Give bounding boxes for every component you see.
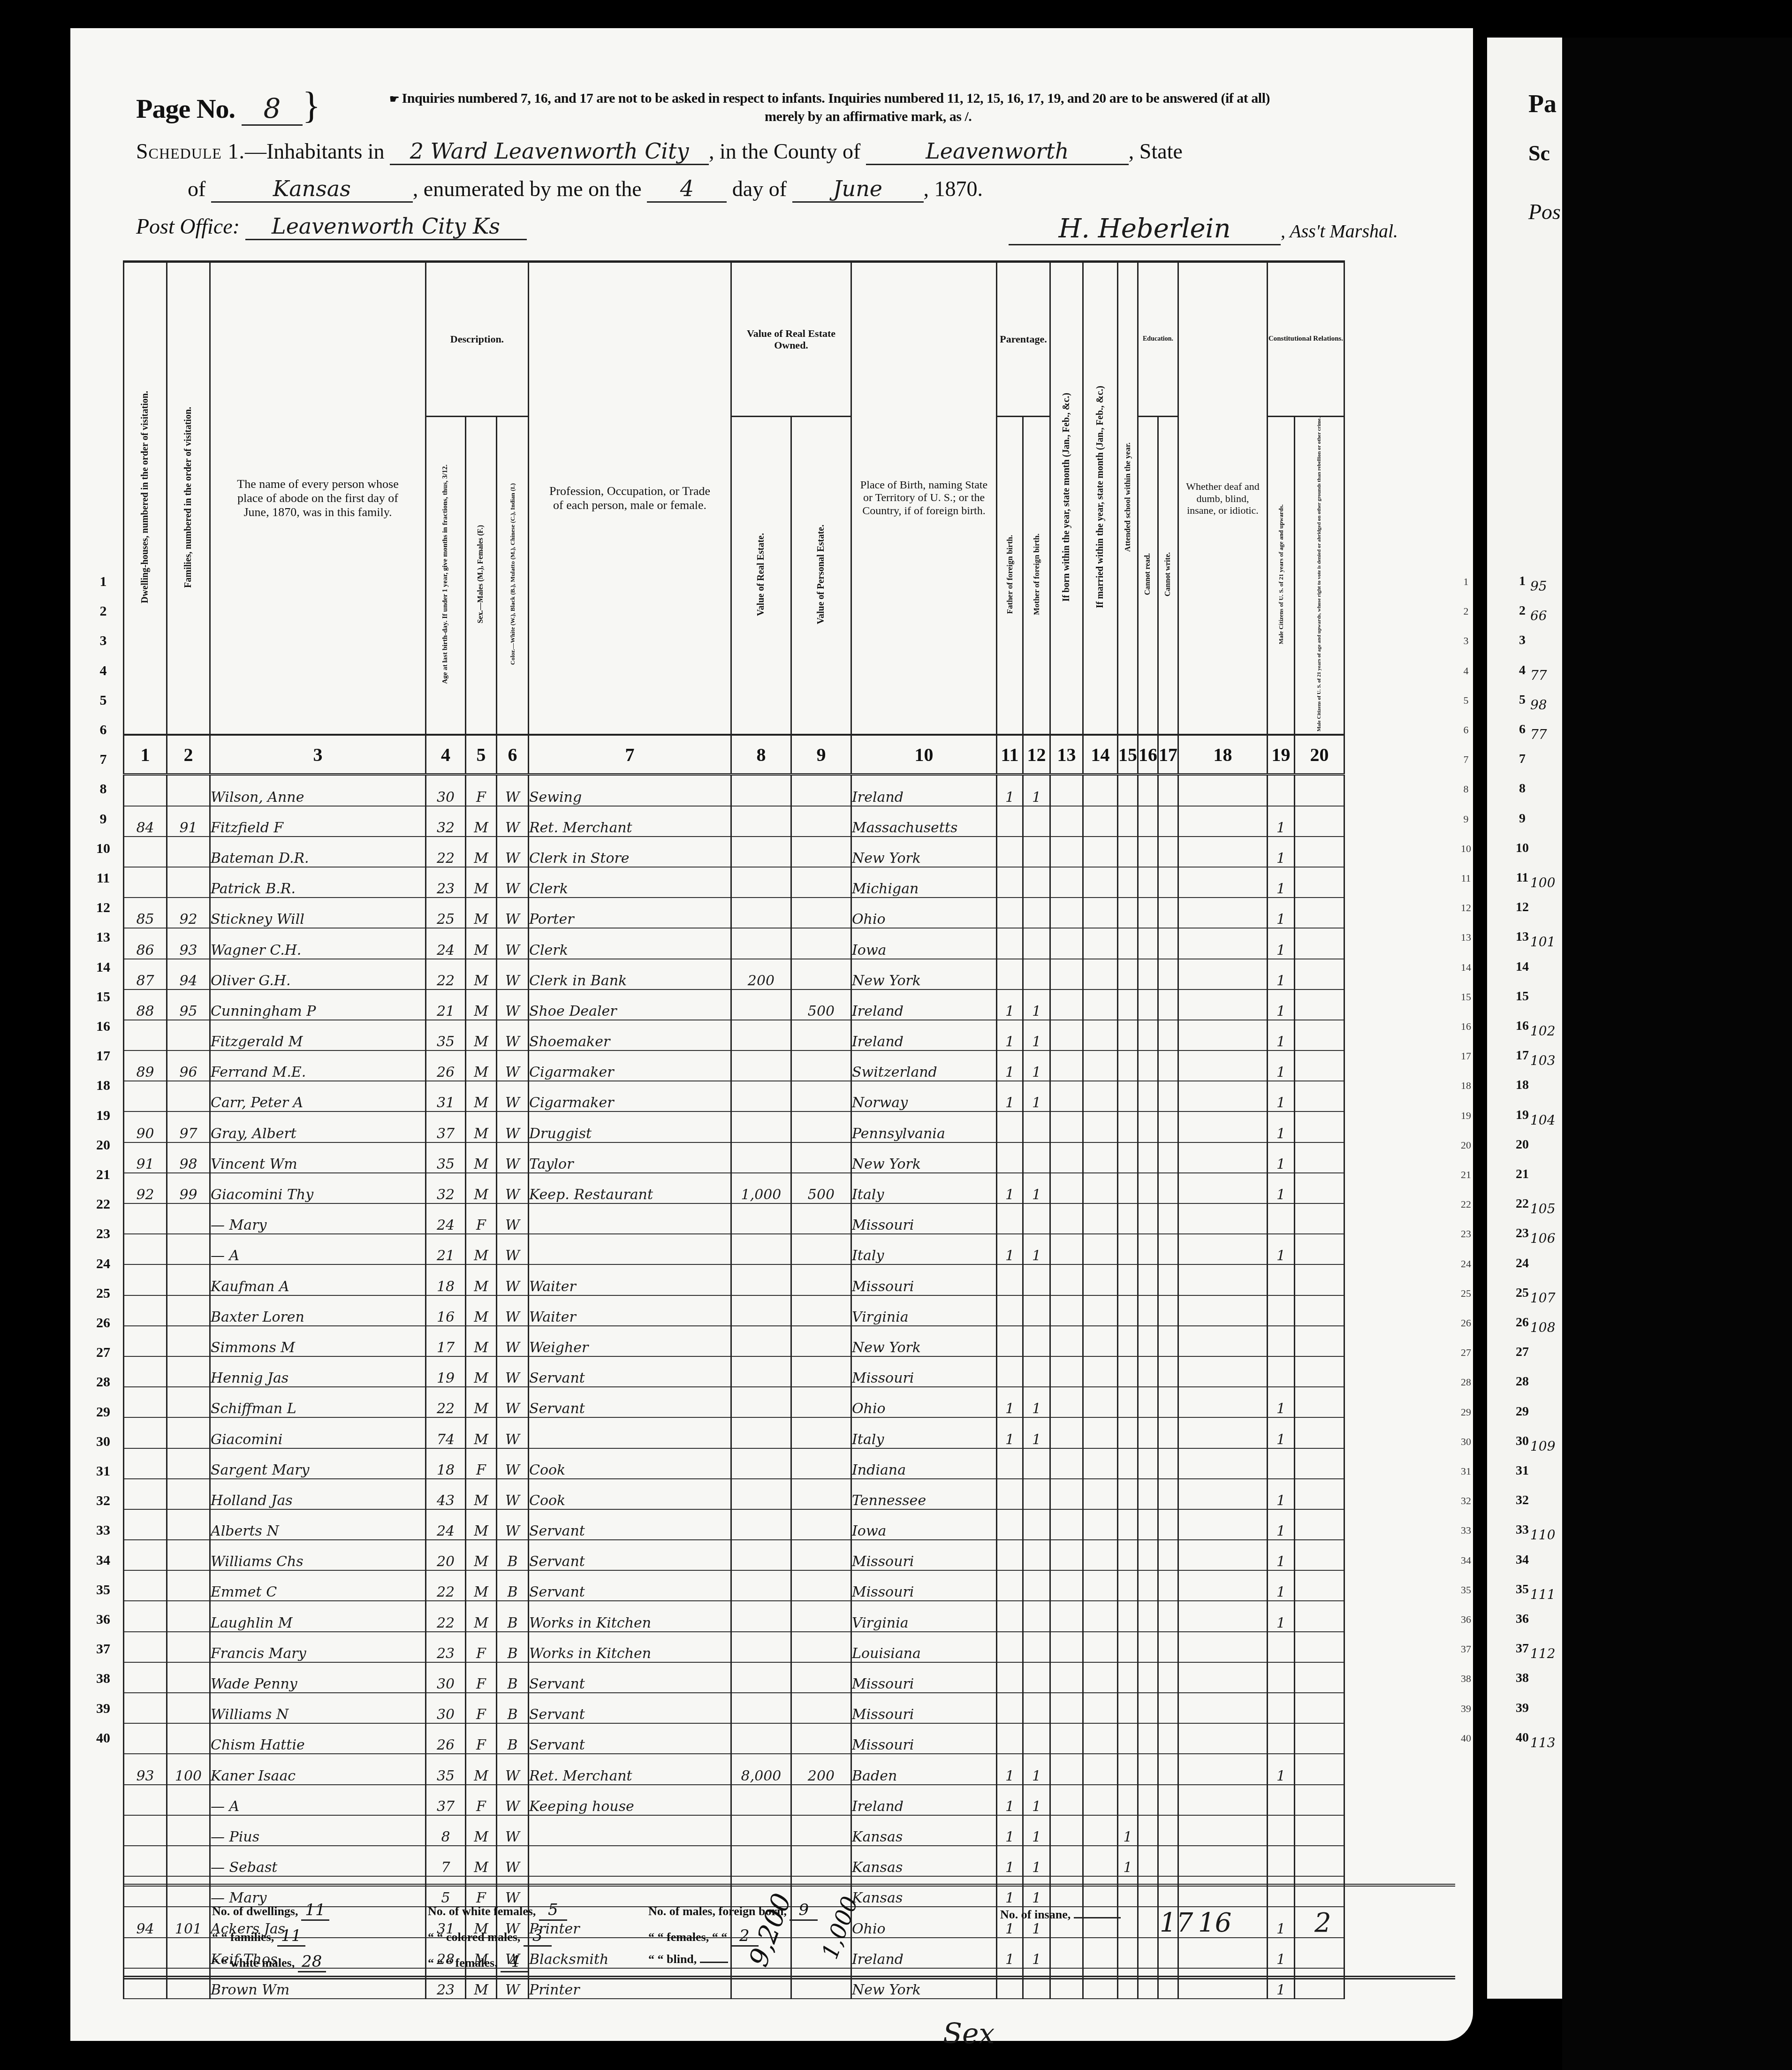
father-foreign — [997, 1632, 1023, 1662]
occupation — [529, 1417, 731, 1448]
adjacent-line-number: 21 — [1513, 1167, 1532, 1182]
person-name: Williams N — [210, 1693, 426, 1723]
dwelling-number — [124, 1295, 167, 1326]
summary-blind: “ “ blind, — [648, 1952, 728, 1966]
mother-foreign: 1 — [1023, 1050, 1050, 1081]
married-month — [1083, 867, 1118, 898]
table-row: 9198Vincent Wm35MWTaylorNew York1 — [124, 1142, 1344, 1173]
line-number-right: 4 — [1457, 665, 1475, 677]
birthplace: Tennessee — [851, 1479, 997, 1509]
adjacent-dwelling-number: 100 — [1530, 875, 1555, 890]
cannot-write — [1158, 1142, 1178, 1173]
occupation: Cook — [529, 1479, 731, 1509]
adjacent-dwelling-number: 77 — [1530, 727, 1547, 742]
family-number — [167, 1356, 210, 1387]
dwelling-number — [124, 1234, 167, 1264]
sex: M — [466, 837, 497, 867]
married-month — [1083, 1234, 1118, 1264]
state-line: of Kansas, enumerated by me on the 4 day… — [188, 176, 983, 203]
personal-estate-value — [791, 928, 851, 959]
dwelling-number — [124, 1081, 167, 1111]
cannot-read — [1138, 1570, 1158, 1601]
mother-foreign — [1023, 1448, 1050, 1479]
age: 32 — [426, 1173, 466, 1203]
line-number-right: 3 — [1457, 635, 1475, 647]
adjacent-dwelling-number: 77 — [1530, 668, 1547, 683]
dwelling-number — [124, 1020, 167, 1050]
family-number: 97 — [167, 1111, 210, 1142]
cannot-write — [1158, 1387, 1178, 1417]
cannot-read — [1138, 1662, 1158, 1693]
col-header-real-estate: Value of Real Estate. — [731, 417, 791, 735]
family-number — [167, 1785, 210, 1815]
vote-denied — [1295, 1356, 1344, 1387]
cannot-write — [1158, 1295, 1178, 1326]
birthplace: Missouri — [851, 1693, 997, 1723]
cannot-read — [1138, 1173, 1158, 1203]
adjacent-line-number: 29 — [1513, 1404, 1532, 1419]
male-citizen — [1268, 1264, 1295, 1295]
personal-estate-value: 500 — [791, 1173, 851, 1203]
cannot-read — [1138, 1387, 1158, 1417]
male-citizen: 1 — [1268, 837, 1295, 867]
cannot-write — [1158, 1356, 1178, 1387]
deaf-blind — [1178, 959, 1268, 989]
real-estate-value: 8,000 — [731, 1754, 791, 1784]
mother-foreign — [1023, 1203, 1050, 1234]
birthplace: Missouri — [851, 1356, 997, 1387]
family-number — [167, 1662, 210, 1693]
deaf-blind — [1178, 775, 1268, 806]
color: W — [497, 1356, 529, 1387]
dwelling-number: 92 — [124, 1173, 167, 1203]
vote-denied — [1295, 1387, 1344, 1417]
adjacent-line-number: 39 — [1513, 1701, 1532, 1716]
table-row: Alberts N24MWServantIowa1 — [124, 1509, 1344, 1540]
married-month — [1083, 898, 1118, 928]
real-estate-value — [731, 928, 791, 959]
attended-school — [1118, 928, 1138, 959]
cannot-read — [1138, 1754, 1158, 1784]
line-number: 3 — [94, 633, 113, 649]
table-row: Williams N30FBServantMissouri — [124, 1693, 1344, 1723]
birthplace: New York — [851, 837, 997, 867]
cannot-write — [1158, 1448, 1178, 1479]
col-header-name: The name of every person whose place of … — [210, 262, 426, 735]
adjacent-line-number: 16 — [1513, 1019, 1532, 1034]
line-number: 24 — [94, 1256, 113, 1272]
line-number-right: 1 — [1457, 576, 1475, 588]
color: W — [497, 1785, 529, 1815]
married-month — [1083, 1479, 1118, 1509]
attended-school — [1118, 1785, 1138, 1815]
male-citizen: 1 — [1268, 806, 1295, 837]
age: 35 — [426, 1020, 466, 1050]
attended-school — [1118, 1479, 1138, 1509]
personal-estate-value: 200 — [791, 1754, 851, 1784]
personal-estate-value — [791, 1111, 851, 1142]
male-citizen: 1 — [1268, 1479, 1295, 1509]
county-field: Leavenworth — [866, 138, 1129, 165]
table-row: Laughlin M22MBWorks in KitchenVirginia1 — [124, 1601, 1344, 1631]
line-number-right: 26 — [1457, 1317, 1475, 1329]
occupation: Servant — [529, 1662, 731, 1693]
married-month — [1083, 1693, 1118, 1723]
dwelling-number — [124, 1540, 167, 1570]
instructions-note: ☛ Inquiries numbered 7, 16, and 17 are n… — [389, 91, 1270, 107]
adjacent-dwelling-number: 105 — [1530, 1201, 1555, 1217]
adjacent-line-number: 25 — [1513, 1286, 1532, 1301]
adjacent-dwelling-number: 107 — [1530, 1290, 1555, 1306]
line-number-right: 23 — [1457, 1228, 1475, 1240]
occupation: Ret. Merchant — [529, 1754, 731, 1784]
line-number: 18 — [94, 1078, 113, 1094]
age: 21 — [426, 989, 466, 1020]
deaf-blind — [1178, 1448, 1268, 1479]
person-name: Wilson, Anne — [210, 775, 426, 806]
color: B — [497, 1601, 529, 1631]
married-month — [1083, 1081, 1118, 1111]
married-month — [1083, 1111, 1118, 1142]
personal-estate-value — [791, 898, 851, 928]
dwelling-number — [124, 1356, 167, 1387]
married-month — [1083, 1662, 1118, 1693]
person-name: — A — [210, 1785, 426, 1815]
cannot-read — [1138, 1509, 1158, 1540]
father-foreign — [997, 837, 1023, 867]
real-estate-value — [731, 1570, 791, 1601]
male-citizen — [1268, 1846, 1295, 1876]
sex: M — [466, 1417, 497, 1448]
deaf-blind — [1178, 1234, 1268, 1264]
mother-foreign — [1023, 806, 1050, 837]
cannot-read — [1138, 1234, 1158, 1264]
vote-denied — [1295, 1754, 1344, 1784]
cannot-write — [1158, 1326, 1178, 1356]
line-number: 15 — [94, 989, 113, 1005]
adjacent-line-number: 23 — [1513, 1226, 1532, 1241]
total-school: 2 — [1314, 1908, 1331, 1938]
color: W — [497, 928, 529, 959]
line-number: 30 — [94, 1434, 113, 1450]
line-number-right: 19 — [1457, 1110, 1475, 1122]
male-citizen: 1 — [1268, 1142, 1295, 1173]
occupation: Clerk in Bank — [529, 959, 731, 989]
line-number-right: 24 — [1457, 1258, 1475, 1270]
born-month — [1050, 1509, 1083, 1540]
group-constitutional: Constitutional Relations. — [1268, 262, 1344, 417]
born-month — [1050, 867, 1083, 898]
cannot-write — [1158, 1264, 1178, 1295]
father-foreign — [997, 1326, 1023, 1356]
table-row: Simmons M17MWWeigherNew York — [124, 1326, 1344, 1356]
born-month — [1050, 1540, 1083, 1570]
sex: M — [466, 1540, 497, 1570]
attended-school — [1118, 1295, 1138, 1326]
dwelling-number — [124, 775, 167, 806]
birthplace: Italy — [851, 1173, 997, 1203]
real-estate-value — [731, 1540, 791, 1570]
real-estate-value — [731, 806, 791, 837]
table-row: 8996Ferrand M.E.26MWCigarmakerSwitzerlan… — [124, 1050, 1344, 1081]
personal-estate-value — [791, 1081, 851, 1111]
cannot-write — [1158, 1050, 1178, 1081]
person-name: — Sebast — [210, 1846, 426, 1876]
occupation — [529, 1815, 731, 1846]
total-mother-foreign: 16 — [1198, 1908, 1231, 1938]
dwelling-number — [124, 1815, 167, 1846]
vote-denied — [1295, 1081, 1344, 1111]
attended-school — [1118, 1509, 1138, 1540]
married-month — [1083, 1295, 1118, 1326]
col-header-personal-estate: Value of Personal Estate. — [791, 417, 851, 735]
sex: M — [466, 1142, 497, 1173]
line-number: 38 — [94, 1671, 113, 1687]
born-month — [1050, 1693, 1083, 1723]
real-estate-value — [731, 1815, 791, 1846]
attended-school — [1118, 1142, 1138, 1173]
age: 37 — [426, 1111, 466, 1142]
occupation: Keep. Restaurant — [529, 1173, 731, 1203]
table-row: 8693Wagner C.H.24MWClerkIowa1 — [124, 928, 1344, 959]
real-estate-value — [731, 989, 791, 1020]
male-citizen — [1268, 1662, 1295, 1693]
cannot-read — [1138, 1846, 1158, 1876]
cannot-read — [1138, 1264, 1158, 1295]
occupation: Taylor — [529, 1142, 731, 1173]
line-number-right: 21 — [1457, 1169, 1475, 1181]
color: W — [497, 1815, 529, 1846]
father-foreign: 1 — [997, 1815, 1023, 1846]
family-number — [167, 1632, 210, 1662]
color: W — [497, 1173, 529, 1203]
vote-denied — [1295, 1785, 1344, 1815]
family-number: 95 — [167, 989, 210, 1020]
age: 22 — [426, 1570, 466, 1601]
month-field: June — [792, 176, 924, 203]
cannot-read — [1138, 1142, 1158, 1173]
real-estate-value — [731, 1846, 791, 1876]
father-foreign — [997, 1203, 1023, 1234]
birthplace: Ohio — [851, 898, 997, 928]
father-foreign — [997, 1111, 1023, 1142]
attended-school — [1118, 1326, 1138, 1356]
father-foreign: 1 — [997, 1020, 1023, 1050]
adjacent-line-number: 4 — [1513, 663, 1532, 678]
age: 43 — [426, 1479, 466, 1509]
mother-foreign — [1023, 1540, 1050, 1570]
line-number: 22 — [94, 1196, 113, 1212]
vote-denied — [1295, 1540, 1344, 1570]
family-number — [167, 1326, 210, 1356]
father-foreign: 1 — [997, 775, 1023, 806]
person-name: — Mary — [210, 1203, 426, 1234]
col-header-cannot-write: Cannot write. — [1158, 417, 1178, 735]
attended-school — [1118, 1601, 1138, 1631]
family-number — [167, 1601, 210, 1631]
color: W — [497, 1754, 529, 1784]
mother-foreign: 1 — [1023, 1417, 1050, 1448]
sex: F — [466, 1693, 497, 1723]
adjacent-dwelling-number: 101 — [1530, 934, 1555, 950]
age: 26 — [426, 1050, 466, 1081]
occupation: Waiter — [529, 1295, 731, 1326]
family-number — [167, 1540, 210, 1570]
birthplace: Ohio — [851, 1387, 997, 1417]
group-parentage: Parentage. — [997, 262, 1050, 417]
family-number: 96 — [167, 1050, 210, 1081]
line-number: 21 — [94, 1167, 113, 1183]
father-foreign: 1 — [997, 1081, 1023, 1111]
adjacent-line-number: 18 — [1513, 1078, 1532, 1093]
deaf-blind — [1178, 1509, 1268, 1540]
personal-estate-value — [791, 837, 851, 867]
deaf-blind — [1178, 1754, 1268, 1784]
occupation: Shoe Dealer — [529, 989, 731, 1020]
family-number — [167, 1387, 210, 1417]
male-citizen — [1268, 1295, 1295, 1326]
real-estate-value — [731, 1632, 791, 1662]
born-month — [1050, 1570, 1083, 1601]
attended-school — [1118, 1050, 1138, 1081]
vote-denied — [1295, 1448, 1344, 1479]
line-number: 35 — [94, 1582, 113, 1598]
color: W — [497, 959, 529, 989]
dwelling-number — [124, 1387, 167, 1417]
adjacent-line-number: 38 — [1513, 1671, 1532, 1686]
color: B — [497, 1632, 529, 1662]
mother-foreign — [1023, 1356, 1050, 1387]
married-month — [1083, 837, 1118, 867]
adjacent-line-number: 6 — [1513, 722, 1532, 737]
born-month — [1050, 989, 1083, 1020]
sex: F — [466, 1723, 497, 1754]
family-number: 98 — [167, 1142, 210, 1173]
married-month — [1083, 1448, 1118, 1479]
person-name: Giacomini Thy — [210, 1173, 426, 1203]
adjacent-dwelling-number: 98 — [1530, 697, 1547, 713]
married-month — [1083, 775, 1118, 806]
adjacent-dwelling-number: 110 — [1530, 1527, 1555, 1543]
table-row: Fitzgerald M35MWShoemakerIreland111 — [124, 1020, 1344, 1050]
line-number-right: 35 — [1457, 1584, 1475, 1596]
dwelling-number: 88 — [124, 989, 167, 1020]
deaf-blind — [1178, 1356, 1268, 1387]
cannot-write — [1158, 959, 1178, 989]
mother-foreign — [1023, 837, 1050, 867]
table-row: Patrick B.R.23MWClerkMichigan1 — [124, 867, 1344, 898]
col-header-deaf: Whether deaf and dumb, blind, insane, or… — [1178, 262, 1268, 735]
male-citizen: 1 — [1268, 1754, 1295, 1784]
married-month — [1083, 928, 1118, 959]
birthplace: Iowa — [851, 1509, 997, 1540]
col-header-born-month: If born within the year, state month (Ja… — [1050, 262, 1083, 735]
mother-foreign: 1 — [1023, 1081, 1050, 1111]
born-month — [1050, 1723, 1083, 1754]
person-name: Ferrand M.E. — [210, 1050, 426, 1081]
dwelling-number — [124, 837, 167, 867]
day-field: 4 — [647, 176, 727, 203]
born-month — [1050, 1356, 1083, 1387]
cannot-read — [1138, 837, 1158, 867]
cannot-read — [1138, 1111, 1158, 1142]
vote-denied — [1295, 1479, 1344, 1509]
birthplace: Ireland — [851, 989, 997, 1020]
dwelling-number — [124, 1723, 167, 1754]
adjacent-line-number: 14 — [1513, 959, 1532, 974]
cannot-read — [1138, 1356, 1158, 1387]
attended-school — [1118, 1173, 1138, 1203]
real-estate-value — [731, 1111, 791, 1142]
mother-foreign: 1 — [1023, 1754, 1050, 1784]
married-month — [1083, 1754, 1118, 1784]
mother-foreign — [1023, 867, 1050, 898]
line-number-right: 37 — [1457, 1643, 1475, 1655]
table-row: Francis Mary23FBWorks in KitchenLouisian… — [124, 1632, 1344, 1662]
person-name: Alberts N — [210, 1509, 426, 1540]
mother-foreign — [1023, 1662, 1050, 1693]
deaf-blind — [1178, 1723, 1268, 1754]
male-citizen — [1268, 775, 1295, 806]
attended-school — [1118, 959, 1138, 989]
table-row: Schiffman L22MWServantOhio111 — [124, 1387, 1344, 1417]
color: B — [497, 1693, 529, 1723]
dwelling-number — [124, 1417, 167, 1448]
male-citizen: 1 — [1268, 1173, 1295, 1203]
age: 30 — [426, 1662, 466, 1693]
attended-school — [1118, 1417, 1138, 1448]
birthplace: Virginia — [851, 1295, 997, 1326]
instructions-note-2: merely by an affirmative mark, as /. — [765, 109, 972, 125]
age: 24 — [426, 1203, 466, 1234]
cannot-write — [1158, 989, 1178, 1020]
line-number: 26 — [94, 1315, 113, 1331]
adjacent-line-number: 10 — [1513, 841, 1532, 856]
attended-school — [1118, 1264, 1138, 1295]
table-row: Chism Hattie26FBServantMissouri — [124, 1723, 1344, 1754]
dwelling-number — [124, 1448, 167, 1479]
real-estate-value — [731, 1234, 791, 1264]
married-month — [1083, 806, 1118, 837]
line-number-right: 5 — [1457, 694, 1475, 707]
birthplace: Michigan — [851, 867, 997, 898]
total-father-foreign: 17 — [1160, 1908, 1193, 1938]
father-foreign — [997, 867, 1023, 898]
age: 18 — [426, 1264, 466, 1295]
color: W — [497, 898, 529, 928]
age: 35 — [426, 1754, 466, 1784]
deaf-blind — [1178, 1601, 1268, 1631]
sex: F — [466, 1203, 497, 1234]
line-number: 13 — [94, 929, 113, 945]
real-estate-value — [731, 837, 791, 867]
person-name: Baxter Loren — [210, 1295, 426, 1326]
sex: M — [466, 1846, 497, 1876]
cannot-read — [1138, 1815, 1158, 1846]
vote-denied — [1295, 1111, 1344, 1142]
table-row: 8491Fitzfield F32MWRet. MerchantMassachu… — [124, 806, 1344, 837]
married-month — [1083, 1723, 1118, 1754]
cannot-write — [1158, 1815, 1178, 1846]
real-estate-value — [731, 1081, 791, 1111]
age: 16 — [426, 1295, 466, 1326]
adjacent-dwelling-number: 103 — [1530, 1053, 1555, 1068]
line-number-right: 28 — [1457, 1376, 1475, 1388]
mother-foreign: 1 — [1023, 1387, 1050, 1417]
person-name: Francis Mary — [210, 1632, 426, 1662]
line-number-right: 13 — [1457, 931, 1475, 944]
sex: M — [466, 1754, 497, 1784]
